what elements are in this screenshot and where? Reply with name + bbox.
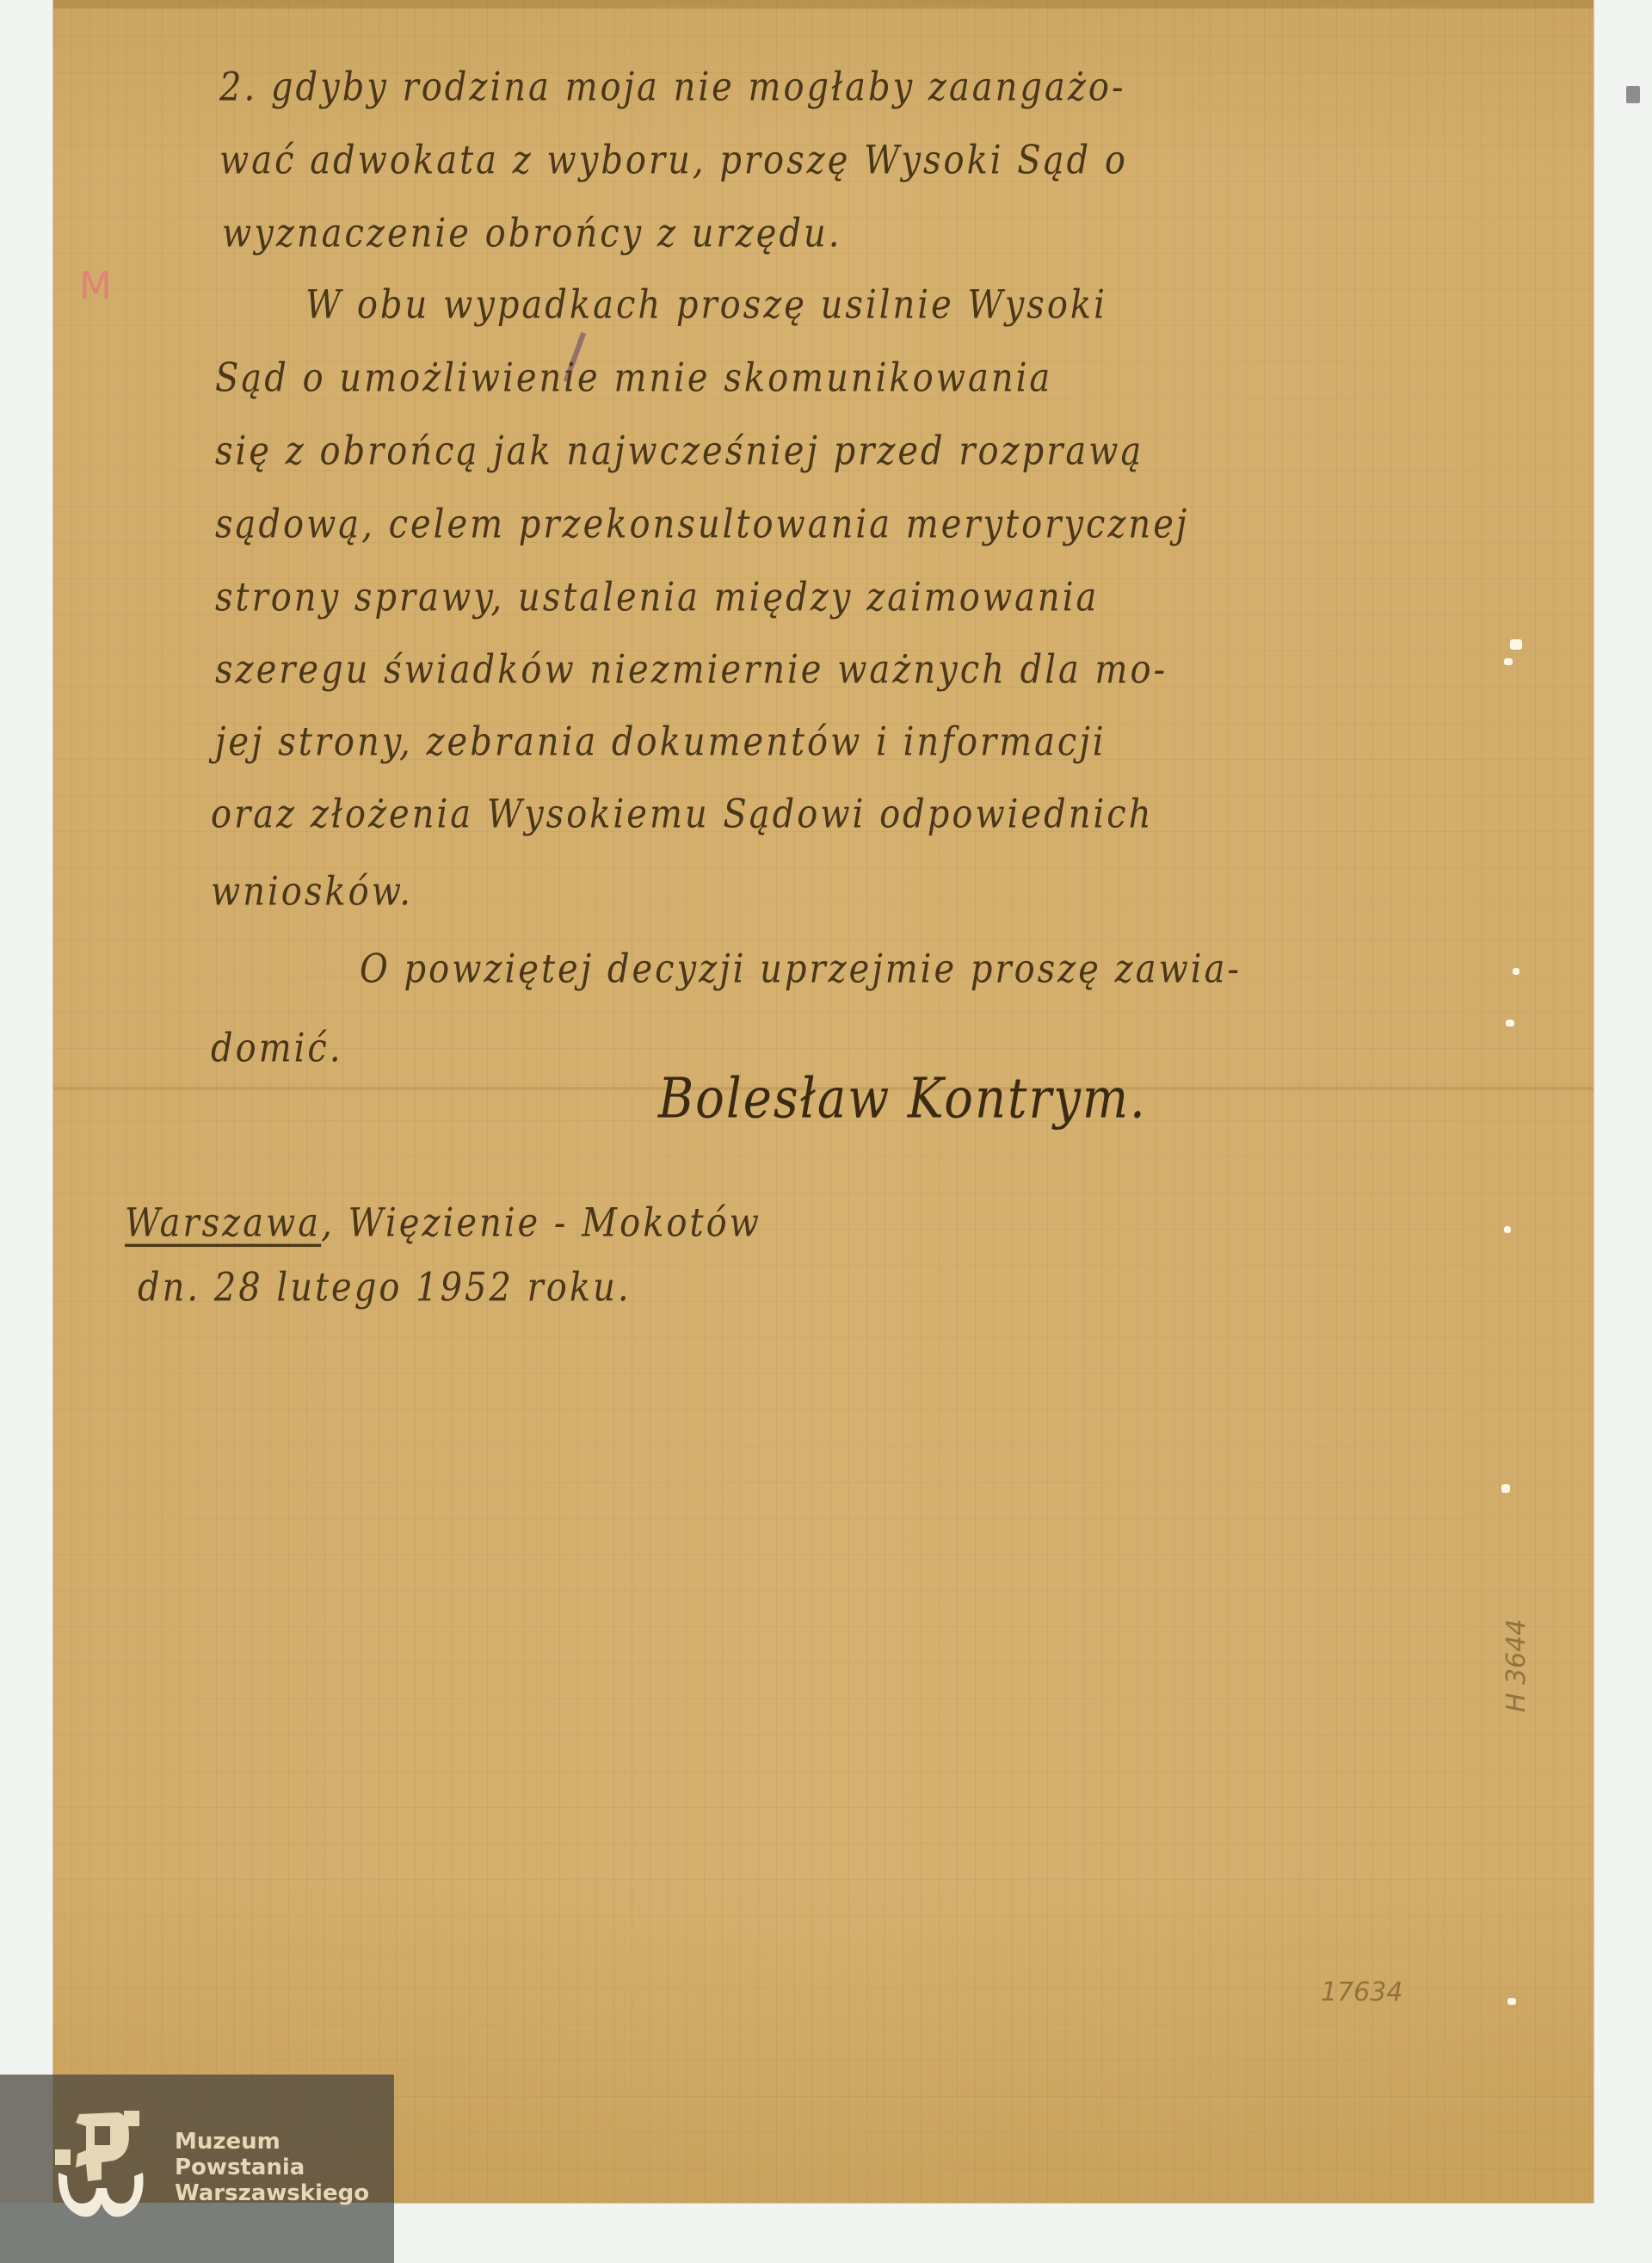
date-line: dn. 28 lutego 1952 roku. <box>138 1265 632 1310</box>
signature: Bolesław Kontrym. <box>658 1067 1147 1131</box>
paper-hole <box>1513 968 1519 975</box>
place-line: Warszawa, Więzienie - Mokotów <box>125 1200 761 1246</box>
museum-logo-text: Muzeum Powstania Warszawskiego <box>175 2129 369 2206</box>
paper-top-edge <box>53 0 1593 9</box>
logo-line-1: Muzeum <box>175 2129 369 2155</box>
paper-hole <box>1506 1020 1514 1027</box>
letter-line-8: strony sprawy, ustalenia między zaimowan… <box>215 575 1099 620</box>
paper-hole <box>1510 639 1522 650</box>
letter-line-9: szeregu świadków niezmiernie ważnych dla… <box>215 647 1168 693</box>
paper-hole <box>1507 1998 1516 2005</box>
letter-line-12: wniosków. <box>211 869 413 915</box>
letter-line-1: 2. gdyby rodzina moja nie mogłaby zaanga… <box>219 65 1126 110</box>
kotwica-anchor-icon <box>53 2111 150 2221</box>
letter-line-4: W obu wypadkach proszę usilnie Wysoki <box>305 282 1107 328</box>
letter-line-14: domić. <box>211 1026 343 1071</box>
archive-pencil-number-vertical: H 3644 <box>1501 1619 1532 1712</box>
letter-line-13: O powziętej decyzji uprzejmie proszę zaw… <box>360 947 1242 992</box>
letter-line-10: jej strony, zebrania dokumentów i inform… <box>215 719 1106 765</box>
logo-line-3: Warszawskiego <box>175 2180 369 2206</box>
left-margin-red-mark: M <box>79 262 114 310</box>
place-city: Warszawa <box>125 1200 321 1246</box>
archive-pencil-number-bottom: 17634 <box>1321 1977 1402 2007</box>
logo-line-2: Powstania <box>175 2155 369 2180</box>
letter-line-11: oraz złożenia Wysokiemu Sądowi odpowiedn… <box>211 792 1153 837</box>
place-rest: , Więzienie - Mokotów <box>321 1200 761 1246</box>
letter-line-6: się z obrońcą jak najwcześniej przed roz… <box>215 429 1143 474</box>
letter-line-2: wać adwokata z wyboru, proszę Wysoki Sąd… <box>219 138 1128 183</box>
paper-hole <box>1501 1484 1510 1493</box>
paper-hole <box>1504 1226 1511 1233</box>
letter-line-3: wyznaczenie obrońcy z urzędu. <box>222 211 841 256</box>
letter-line-7: sądową, celem przekonsultowania merytory… <box>215 502 1189 547</box>
scanner-edge-mark <box>1626 86 1640 103</box>
paper-hole <box>1504 658 1513 665</box>
letter-line-5: Sąd o umożliwienie mnie skomunikowania <box>215 355 1052 401</box>
